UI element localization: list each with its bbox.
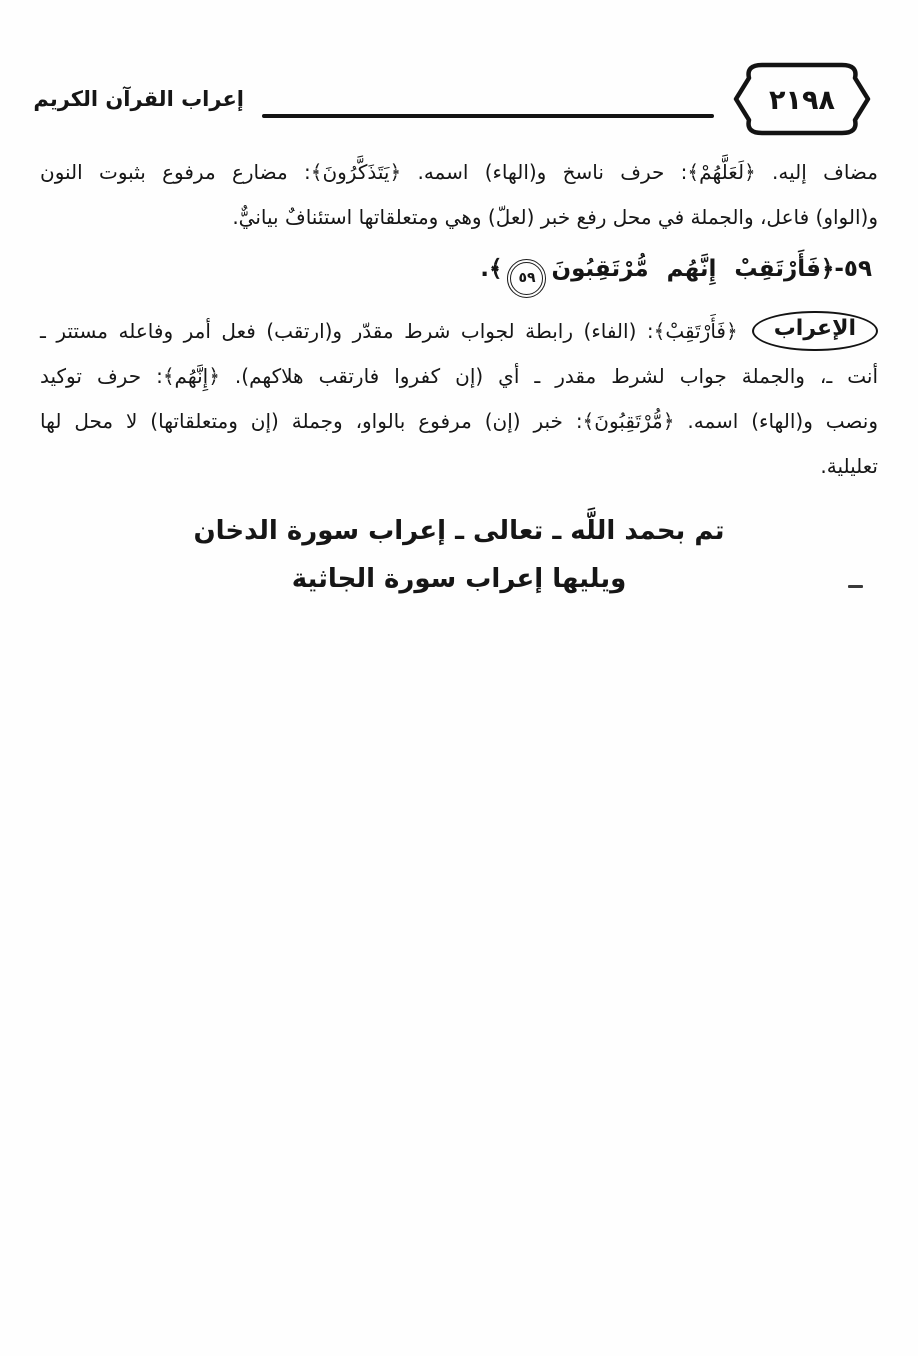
irab-line: ونصب و(الهاء) اسمه. ﴿مُّرْتَقِبُونَ﴾: خب… (40, 399, 878, 444)
scanned-book-page: { "header": { "page_number": "٢١٩٨", "bo… (0, 0, 918, 1356)
ornate-close-bracket-icon: ﴾ (489, 256, 502, 282)
page-number-badge: ٢١٩٨ (726, 58, 878, 140)
surah-colophon: تم بحمد اللَّه ـ تعالى ـ إعراب سورة الدخ… (40, 507, 878, 603)
page-number: ٢١٩٨ (769, 85, 835, 116)
irab-section: الإعراب ﴿فَأَرْتَقِبْ﴾: (الفاء) رابطة لج… (40, 309, 878, 489)
header-rule (262, 114, 714, 118)
ornate-open-bracket-icon: ﴿ (821, 256, 834, 282)
scan-artifact-dash (848, 585, 863, 588)
verse-period: . (480, 256, 489, 282)
irab-first-row: الإعراب ﴿فَأَرْتَقِبْ﴾: (الفاء) رابطة لج… (40, 309, 878, 354)
analysis-line: و(الواو) فاعل، والجملة في محل رفع خبر (ل… (40, 195, 878, 240)
irab-line: ﴿فَأَرْتَقِبْ﴾: (الفاء) رابطة لجواب شرط … (40, 309, 738, 354)
quran-verse-line: ٥٩-﴿فَأَرْتَقِبْ إِنَّهُم مُّرْتَقِبُونَ… (40, 256, 872, 295)
page-number-ornament-icon: ٢١٩٨ (726, 58, 878, 140)
analysis-line: مضاف إليه. ﴿لَعَلَّهُمْ﴾: حرف ناسخ و(اله… (40, 150, 878, 195)
irab-line: أنت ـ، والجملة جواب لشرط مقدر ـ أي (إن ك… (40, 354, 878, 399)
verse-number-prefix: ٥٩- (834, 256, 872, 282)
page: ٢١٩٨ إعراب القرآن الكريم مضاف إليه. ﴿لَع… (0, 0, 918, 603)
irab-analysis-paragraph: مضاف إليه. ﴿لَعَلَّهُمْ﴾: حرف ناسخ و(اله… (40, 150, 878, 240)
colophon-line: تم بحمد اللَّه ـ تعالى ـ إعراب سورة الدخ… (40, 507, 878, 555)
verse-text: فَأَرْتَقِبْ إِنَّهُم مُّرْتَقِبُونَ (551, 256, 820, 282)
colophon-line: ويليها إعراب سورة الجاثية (40, 555, 878, 603)
irab-line: تعليلية. (40, 444, 878, 489)
irab-section-label: الإعراب (752, 311, 878, 352)
book-title: إعراب القرآن الكريم (0, 87, 244, 111)
ayah-number-circle: ٥٩ (510, 262, 543, 295)
page-header: ٢١٩٨ إعراب القرآن الكريم (40, 56, 878, 142)
